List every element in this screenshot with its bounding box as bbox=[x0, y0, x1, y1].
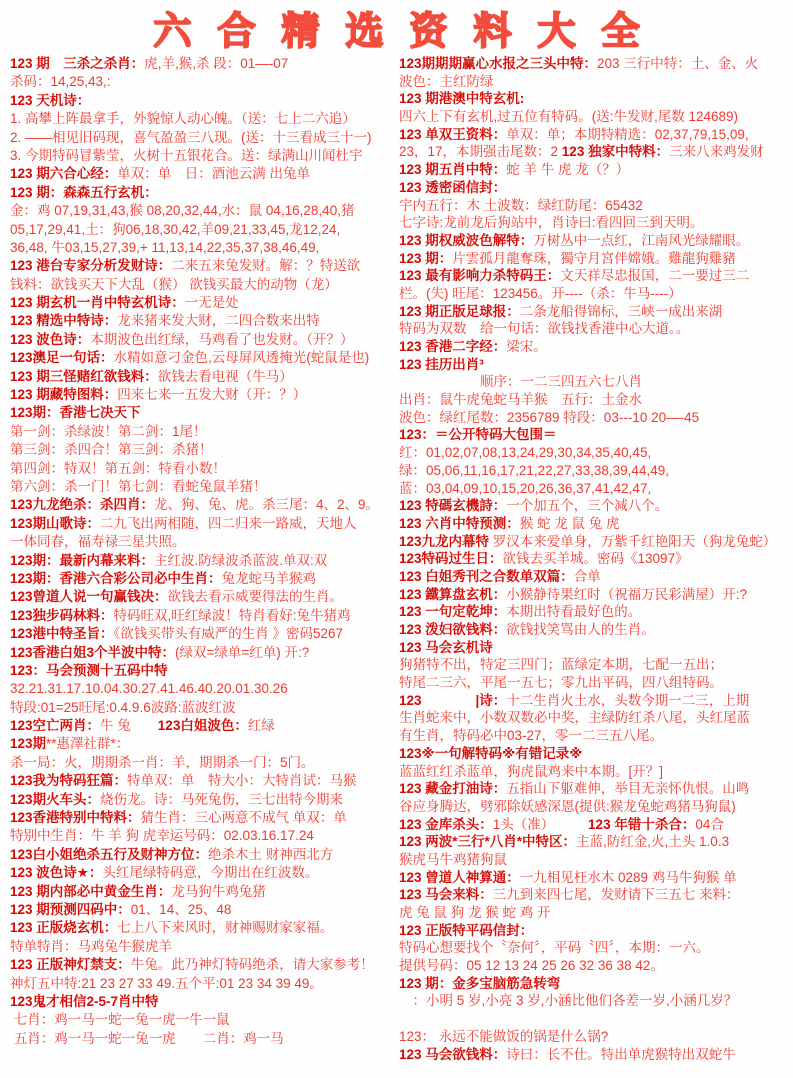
text-segment: 第四剑：特双！第五剑：特看小数！ bbox=[10, 461, 226, 476]
text-segment-bold: 123独步码林料： bbox=[10, 608, 114, 623]
page-header: 六合精选资料大全 bbox=[0, 0, 793, 54]
text-segment-bold: 123 马会玄机诗 bbox=[399, 640, 493, 655]
text-segment: 欲钱找笑骂由人的生肖。 bbox=[506, 622, 655, 637]
text-segment: 203 三行中特：土、金、火 bbox=[597, 56, 758, 71]
text-segment-bold: 123 鐵算盘玄机： bbox=[399, 587, 506, 602]
text-line: 36,48, 牛03,15,27,39,+ 11,13,14,22,35,37,… bbox=[10, 239, 396, 257]
text-segment: 栏。(失) 旺尾：123456。开----（杀：牛马----） bbox=[399, 286, 682, 301]
text-segment: 宇内五行：木 土波数：绿红防尾：65432 bbox=[399, 198, 643, 213]
text-segment: 虎,羊,猴,杀 段：01—-07 bbox=[144, 56, 288, 71]
text-line: 123 期藏特图料：四来七来一五发大财（开：？） bbox=[10, 386, 396, 404]
text-line: 123 两波*三行*八肖*中特区：主蓝,防红金,火,土头 1.0.3 bbox=[399, 833, 791, 851]
text-segment-bold: 123 马会来料： bbox=[399, 887, 493, 902]
text-line: 红：01,02,07,08,13,24,29,30,34,35,40,45, bbox=[399, 444, 791, 462]
text-segment: 二来五来兔发财。解：？特送欲 bbox=[171, 258, 360, 273]
text-segment: 欲钱去看电视（牛马） bbox=[158, 369, 293, 384]
text-line: 123期：香港七决天下 bbox=[10, 404, 396, 422]
text-line: 123 波色诗★：头红尾绿特码意，今期出在红波数。 bbox=[10, 864, 396, 882]
text-line: 123期期期赢心水报之三头中特：203 三行中特：土、金、火 bbox=[399, 55, 791, 73]
text-line: 123 期正版足球报：二条龙船得锦标，三峡一成出来湖 bbox=[399, 303, 791, 321]
text-line: 七肖：鸡一马一蛇一兔一虎一牛一鼠 bbox=[10, 1011, 396, 1029]
text-line: 特别中生肖：牛 羊 狗 虎幸运号码：02.03.16.17.24 bbox=[10, 827, 396, 845]
text-segment: 波色：绿红尾数：2356789 特段：03---10 20—-45 bbox=[399, 410, 699, 425]
text-segment: 猴虎马牛鸡猪狗鼠 bbox=[399, 852, 507, 867]
text-segment: 01、14、25、48 bbox=[131, 902, 232, 917]
text-segment-bold: 123香港特别中特料： bbox=[10, 810, 141, 825]
text-segment: 猜生肖：三心两意不成气 单双：单 bbox=[141, 810, 347, 825]
text-segment: 合单 bbox=[574, 569, 601, 584]
text-segment: 虎 兔 鼠 狗 龙 猴 蛇 鸡 开 bbox=[399, 905, 551, 920]
text-segment-bold: 123 金库杀头： bbox=[399, 817, 493, 832]
text-line: 123 期：森森五行玄机： bbox=[10, 184, 396, 202]
text-line: 123 期玄机一肖中特玄机诗：一无是处 bbox=[10, 294, 396, 312]
text-segment: 32.21.31.17.10.04.30.27.41.46.40.20.01.3… bbox=[10, 681, 288, 696]
text-segment-bold: 123 期藏特图料： bbox=[10, 387, 117, 402]
text-segment: 《欲钱买带头有威严的生肖 》密码5267 bbox=[114, 626, 344, 641]
text-segment: 欲钱去买羊城。密码《13097》 bbox=[503, 551, 689, 566]
text-segment-bold: 123 香港二字经： bbox=[399, 339, 506, 354]
text-segment: 绝杀木土 财神西北方 bbox=[208, 847, 333, 862]
text-segment-bold: 123白小姐绝杀五行及财神方位： bbox=[10, 847, 208, 862]
text-segment-bold: 123期：最新内幕来料： bbox=[10, 553, 154, 568]
text-line: 123 曾道人神算通：一九相见枉水木 0289 鸡马牛狗猴 单 bbox=[399, 869, 791, 887]
text-line: 谷应身腾达，劈邪除妖感深恩(提供:猴龙兔蛇鸡猪马狗鼠) bbox=[399, 798, 791, 816]
text-line: 123期山歌诗：二九飞出两相随，四二归来一路威，天地人 bbox=[10, 515, 396, 533]
text-line: 123 期 三杀之杀肖：虎,羊,猴,杀 段：01—-07 bbox=[10, 55, 396, 73]
text-line: 123空亡两肖：牛 兔 123白姐波色：红绿 bbox=[10, 717, 396, 735]
text-segment: 一无是处 bbox=[185, 295, 239, 310]
text-segment-bold: 123 期玄机一肖中特玄机诗： bbox=[10, 295, 185, 310]
text-segment: 小猴静待果红时（祝福万民彩满屋）开:? bbox=[506, 587, 747, 602]
text-segment: 龙来猪来发大财，二四合数来出特 bbox=[117, 313, 320, 328]
text-segment: 欲钱去看示威要得法的生肖。 bbox=[168, 589, 344, 604]
text-line: 123白小姐绝杀五行及财神方位：绝杀木土 财神西北方 bbox=[10, 846, 396, 864]
text-line bbox=[399, 1010, 791, 1028]
text-line: 123 透密函信封： bbox=[399, 179, 791, 197]
text-segment-bold: 123 正版特平码信封： bbox=[399, 923, 533, 938]
text-segment-bold: 123 六肖中特预测： bbox=[399, 516, 520, 531]
text-line: 123九龙绝杀：杀四肖：龙、狗、兔、虎。杀三尾：4、2、9。 bbox=[10, 496, 396, 514]
text-line: 生肖蛇来中，小数双数必中奖，主绿防红杀八尾，头红尾蓝 bbox=[399, 709, 791, 727]
text-line: 123 一句定乾坤：本期出特看最好色的。 bbox=[399, 603, 791, 621]
text-segment: 一个加五个，三个减八个。 bbox=[506, 498, 668, 513]
text-line: 123港中特圣旨：《欲钱买带头有威严的生肖 》密码5267 bbox=[10, 625, 396, 643]
text-segment: 特码为双数 给一句话：欲钱找香港中心大道。。 bbox=[399, 321, 689, 336]
text-segment-bold: 123 期港澳中特玄机: bbox=[399, 91, 524, 106]
text-line: 123特码过生日：欲钱去买羊城。密码《13097》 bbox=[399, 550, 791, 568]
text-line: 123独步码林料：特码旺双,旺红绿波！特肖看好:兔牛猪鸡 bbox=[10, 607, 396, 625]
text-segment-bold: 123 期五肖中特： bbox=[399, 162, 506, 177]
text-line: 狗猪特不出，特定三四门；蓝绿定本期，七配一五出； bbox=[399, 656, 791, 674]
page-title: 六合精选资料大全 bbox=[127, 0, 665, 55]
text-line: 123 白姐秀刊之合数单双篇：合单 bbox=[399, 568, 791, 586]
text-segment: 狗猪特不出，特定三四门；蓝绿定本期，七配一五出； bbox=[399, 657, 723, 672]
text-segment: 四来七来一五发大财（开：？） bbox=[117, 387, 306, 402]
text-segment-bold: 123 期内部必中黄金生肖： bbox=[10, 884, 171, 899]
text-segment: 罗汉本来爱单身，万紫千红艳阳天（狗龙兔蛇） bbox=[489, 534, 776, 549]
text-segment-bold: 123特码过生日： bbox=[399, 551, 503, 566]
text-segment-bold: 123 期权威波色解特： bbox=[399, 233, 533, 248]
text-line: 123 马会来料：三九到来四七尾，发财请下三五七 来料： bbox=[399, 886, 791, 904]
text-line: 123期火车头：烧伤龙。诗：马死兔伤，三七出特今期来 bbox=[10, 791, 396, 809]
text-line: 神灯五中特:21 23 27 33 49.五个平:01 23 34 39 49。 bbox=[10, 975, 396, 993]
text-line: 123 最有影响力杀特码王：文天祥尽忠报国，二一要过三二 bbox=[399, 267, 791, 285]
text-segment: 二条龙船得锦标，三峡一成出来湖 bbox=[520, 304, 723, 319]
text-segment-bold: 123 天机诗： bbox=[10, 93, 90, 108]
text-segment: 36,48, 牛03,15,27,39,+ 11,13,14,22,35,37,… bbox=[10, 240, 319, 255]
text-segment: 红绿 bbox=[248, 718, 275, 733]
text-line: 123 鐵算盘玄机：小猴静待果红时（祝福万民彩满屋）开:? bbox=[399, 586, 791, 604]
text-segment-bold: 123 期：森森五行玄机： bbox=[10, 185, 158, 200]
text-line: 123 正版烧玄机：七上八下来风时，财神赐财家家福。 bbox=[10, 919, 396, 937]
text-segment: 一九相见枉水木 0289 鸡马牛狗猴 单 bbox=[520, 870, 737, 885]
text-line: 123 期六合心经：单双：单 日：酒池云满 出兔单 bbox=[10, 165, 396, 183]
text-segment: 猴 蛇 龙 鼠 兔 虎 bbox=[520, 516, 620, 531]
text-segment: 头红尾绿特码意，今期出在红波数。 bbox=[102, 865, 318, 880]
text-segment-bold: 123白姐波色： bbox=[158, 718, 248, 733]
text-segment-bold: 123：马会预测十五码中特 bbox=[10, 663, 168, 678]
text-segment: 红：01,02,07,08,13,24,29,30,34,35,40,45, bbox=[399, 445, 651, 460]
text-line: 特码心想要找个〝奈何〞，平码〝四〞，本期：一六。 bbox=[399, 939, 791, 957]
text-segment: **惠澤社群*： bbox=[46, 736, 129, 751]
text-line: 第六剑：杀一门！第七剑：看蛇兔鼠羊猪！ bbox=[10, 478, 396, 496]
text-line: 有生肖，特码必中03-27，零一二三五八尾。 bbox=[399, 727, 791, 745]
text-segment-bold: 123 波色诗： bbox=[10, 332, 90, 347]
text-line: 蓝蓝红红杀蓝单，狗虎鼠鸡来中本期。[开？] bbox=[399, 763, 791, 781]
text-segment: 1. 高攀上阵最拿手，外貌惊人动心魄。（送：七上二六追） bbox=[10, 111, 356, 126]
text-segment: 特尾二三六，平尾一五七；零九出平码，四八组特码。 bbox=[399, 675, 723, 690]
text-segment-bold: 123 曾道人神算通： bbox=[399, 870, 520, 885]
text-line: 123 期三怪赌红欲钱料：欲钱去看电视（牛马） bbox=[10, 368, 396, 386]
text-line: 七字诗:龙前龙后狗站中，肖诗曰:看四回三到天明。 bbox=[399, 214, 791, 232]
text-segment: 第六剑：杀一门！第七剑：看蛇兔鼠羊猪！ bbox=[10, 479, 267, 494]
text-line: 栏。(失) 旺尾：123456。开----（杀：牛马----） bbox=[399, 285, 791, 303]
text-line: 23，17，本期强击尾数：2 123 独家中特料：三来八来鸡发财 bbox=[399, 143, 791, 161]
text-segment-bold: 123 独家中特料： bbox=[562, 144, 669, 159]
text-line: 123 特碼玄機詩：一个加五个，三个减八个。 bbox=[399, 497, 791, 515]
text-segment: 1头（准） bbox=[493, 817, 588, 832]
text-segment: 五指山下躯难伸，举目无亲怀仇恨。山鸣 bbox=[506, 781, 749, 796]
text-line: 波色：绿红尾数：2356789 特段：03---10 20—-45 bbox=[399, 409, 791, 427]
text-segment: 七肖：鸡一马一蛇一兔一虎一牛一鼠 bbox=[10, 1012, 230, 1027]
text-segment-bold: 123期山歌诗： bbox=[10, 516, 100, 531]
text-line: 特码为双数 给一句话：欲钱找香港中心大道。。 bbox=[399, 320, 791, 338]
text-line: 特单特肖：马鸡兔牛猴虎羊 bbox=[10, 938, 396, 956]
text-segment: 123： 永远不能做饭的锅是什么锅? bbox=[399, 1029, 608, 1044]
text-segment: 三九到来四七尾，发财请下三五七 来料： bbox=[493, 887, 740, 902]
text-segment-bold: 123 挂历出肖³ bbox=[399, 357, 484, 372]
text-line: 第四剑：特双！第五剑：特看小数！ bbox=[10, 460, 396, 478]
text-segment-bold: 123 波色诗★： bbox=[10, 865, 102, 880]
right-column: 123期期期赢心水报之三头中特：203 三行中特：土、金、火波色：主红防绿123… bbox=[399, 55, 791, 1063]
text-segment: 牛 兔 bbox=[100, 718, 158, 733]
text-line: 123九龙内幕特 罗汉本来爱单身，万紫千红艳阳天（狗龙兔蛇） bbox=[399, 533, 791, 551]
text-line: 123 期：金多宝脑筋急转弯 bbox=[399, 975, 791, 993]
text-line: 123期：香港六合彩公司必中生肖：兔龙蛇马羊猴鸡 bbox=[10, 570, 396, 588]
left-column: 123 期 三杀之杀肖：虎,羊,猴,杀 段：01—-07杀码：14,25,43,… bbox=[10, 55, 396, 1048]
text-segment-bold: 123香港白姐3个半波中特： bbox=[10, 645, 175, 660]
text-segment: 十二生肖火土水，头数今期一二三，上期 bbox=[506, 693, 749, 708]
text-segment-bold: 123鬼才相信2-5-7肖中特 bbox=[10, 994, 159, 1009]
text-segment-bold: 123 期正版足球报： bbox=[399, 304, 520, 319]
text-segment: 万树丛中一点红，江南风光绿耀眼。 bbox=[533, 233, 749, 248]
text-segment: 三来八来鸡发财 bbox=[669, 144, 764, 159]
text-line: 虎 兔 鼠 狗 龙 猴 蛇 鸡 开 bbox=[399, 904, 791, 922]
text-line: 四六上下有玄机,过五位有特码。(送:牛发财,尾数 124689) bbox=[399, 108, 791, 126]
text-line: 123 天机诗： bbox=[10, 92, 396, 110]
text-line: 123 波色诗：本期波色出红绿，马鸡看了也发财。（开？） bbox=[10, 331, 396, 349]
text-line: 特段:01=25旺尾:0.4.9.6波路:蓝波红波 bbox=[10, 699, 396, 717]
text-segment-bold: 123 马会欲钱料： bbox=[399, 1047, 506, 1062]
text-line: 杀一局：火，期期杀一肖：羊，期期杀一门：5门。 bbox=[10, 754, 396, 772]
text-segment: 第三剑：杀四合！第三剑：杀猪！ bbox=[10, 442, 213, 457]
text-segment-bold: 123 期： bbox=[399, 251, 452, 266]
text-segment: 本期出特看最好色的。 bbox=[506, 604, 641, 619]
text-line: 123澳足一句话：水精如意刁金色,云母屏风透掩光(蛇鼠是也) bbox=[10, 349, 396, 367]
text-segment: 龙、狗、兔、虎。杀三尾：4、2、9。 bbox=[154, 497, 379, 512]
text-segment: 主红波.防绿波杀蓝波.单双:双 bbox=[154, 553, 327, 568]
text-line: 蓝：03,04,09,10,15,20,26,36,37,41,42,47, bbox=[399, 480, 791, 498]
text-segment-bold: 123 正版神灯禁支： bbox=[10, 957, 131, 972]
text-line: 宇内五行：木 土波数：绿红防尾：65432 bbox=[399, 197, 791, 215]
text-segment: 波色：主红防绿 bbox=[399, 74, 494, 89]
text-line: 123 期预测四码中：01、14、25、48 bbox=[10, 901, 396, 919]
text-segment: 四六上下有玄机,过五位有特码。(送:牛发财,尾数 124689) bbox=[399, 109, 738, 124]
text-segment-bold: 123曾道人说一句赢钱决： bbox=[10, 589, 168, 604]
text-segment: 特段:01=25旺尾:0.4.9.6波路:蓝波红波 bbox=[10, 700, 235, 715]
text-segment-bold: 123 期：金多宝脑筋急转弯 bbox=[399, 976, 560, 991]
text-segment: 有生肖，特码必中03-27，零一二三五八尾。 bbox=[399, 728, 663, 743]
text-line: 123鬼才相信2-5-7肖中特 bbox=[10, 993, 396, 1011]
text-segment: 钱料：欲钱买天下大乱（猴） 欲钱买最大的动物（龙） bbox=[10, 277, 338, 292]
text-line: 一体同春，福寿禄三星共照。 bbox=[10, 533, 396, 551]
text-segment-bold: 123：＝公开特码大包围＝ bbox=[399, 427, 557, 442]
text-segment-bold: 123 期三怪赌红欲钱料： bbox=[10, 369, 158, 384]
text-segment bbox=[422, 693, 476, 708]
text-line: 3. 今期特码冒紫莹，火树十五银花合。送：绿满山川闻杜宇 bbox=[10, 147, 396, 165]
text-segment: 第一剑：杀绿波！第二剑：1尾！ bbox=[10, 424, 207, 439]
text-line: 123曾道人说一句赢钱决：欲钱去看示威要得法的生肖。 bbox=[10, 588, 396, 606]
text-segment-bold: 123九龙内幕特 bbox=[399, 534, 489, 549]
text-line: 123※一句解特码※有错记录※ bbox=[399, 745, 791, 763]
text-segment: 单双：单；本期特精选：02,37,79,15,09, bbox=[506, 127, 748, 142]
text-segment-bold: 123九龙绝杀：杀四肖： bbox=[10, 497, 154, 512]
text-segment: 片雲孤月龍奪珠，獨守月宮伴嫦娥。雞龍狗雞豬 bbox=[452, 251, 736, 266]
text-line: 32.21.31.17.10.04.30.27.41.46.40.20.01.3… bbox=[10, 680, 396, 698]
text-segment-bold: 123期：香港七决天下 bbox=[10, 405, 141, 420]
text-segment-bold: 123期 bbox=[10, 736, 46, 751]
text-line: 123期**惠澤社群*： bbox=[10, 735, 396, 753]
text-segment: 特别中生肖：牛 羊 狗 虎幸运号码：02.03.16.17.24 bbox=[10, 828, 314, 843]
text-line: 123 挂历出肖³ bbox=[399, 356, 791, 374]
text-segment: 杀码：14,25,43,: bbox=[10, 74, 111, 89]
text-segment: ：小明 5 岁,小亮 3 岁,小涵比他们各差一岁,小涵几岁？ bbox=[399, 993, 737, 1008]
text-line: 猴虎马牛鸡猪狗鼠 bbox=[399, 851, 791, 869]
text-segment: 诗曰：长不仕。特出单虎猴特出双蛇牛 bbox=[506, 1047, 736, 1062]
text-segment: (绿双=绿单=红单) 开:? bbox=[175, 645, 309, 660]
text-segment: 特码心想要找个〝奈何〞，平码〝四〞，本期：一六。 bbox=[399, 940, 710, 955]
text-segment-bold: 123期火车头： bbox=[10, 792, 100, 807]
text-line: 123 单双王资料：单双：单；本期特精选：02,37,79,15,09, bbox=[399, 126, 791, 144]
text-segment: 杀一局：火，期期杀一肖：羊，期期杀一门：5门。 bbox=[10, 755, 315, 770]
text-segment-bold: 123 精选中特诗： bbox=[10, 313, 117, 328]
text-segment-bold: 123澳足一句话： bbox=[10, 350, 114, 365]
text-segment: 生肖蛇来中，小数双数必中奖，主绿防红杀八尾，头红尾蓝 bbox=[399, 710, 750, 725]
text-segment-bold: 123 期 bbox=[10, 56, 63, 71]
text-segment-bold: 123 单双王资料： bbox=[399, 127, 506, 142]
text-line: 123 金库杀头：1头（准） 123 年错十杀合：04合 bbox=[399, 816, 791, 834]
text-segment: 兔龙蛇马羊猴鸡 bbox=[222, 571, 317, 586]
text-segment-bold: 123 白姐秀刊之合数单双篇： bbox=[399, 569, 574, 584]
text-segment-bold: 123空亡两肖： bbox=[10, 718, 100, 733]
text-segment: 特单特肖：马鸡兔牛猴虎羊 bbox=[10, 939, 172, 954]
text-segment-bold: 123※一句解特码※有错记录※ bbox=[399, 746, 582, 761]
text-segment: 出肖：鼠牛虎兔蛇马羊猴 五行：土金水 bbox=[399, 392, 642, 407]
text-line: 五肖：鸡一马一蛇一兔一虎 二肖：鸡一马 bbox=[10, 1030, 396, 1048]
text-segment: 本期波色出红绿，马鸡看了也发财。（开？） bbox=[90, 332, 353, 347]
text-line: 123 期：片雲孤月龍奪珠，獨守月宮伴嫦娥。雞龍狗雞豬 bbox=[399, 250, 791, 268]
text-segment: 烧伤龙。诗：马死兔伤，三七出特今期来 bbox=[100, 792, 343, 807]
text-line: 123 精选中特诗：龙来猪来发大财，二四合数来出特 bbox=[10, 312, 396, 330]
text-segment: 神灯五中特:21 23 27 33 49.五个平:01 23 34 39 49。 bbox=[10, 976, 323, 991]
text-segment: 提供号码：05 12 13 24 25 26 32 36 38 42。 bbox=[399, 958, 664, 973]
text-line: 123 香港二字经：梁宋。 bbox=[399, 338, 791, 356]
text-line: 123我为特码狂篇：特单双：单 特大小：大特肖试：马猴 bbox=[10, 772, 396, 790]
text-segment: 3. 今期特码冒紫莹，火树十五银花合。送：绿满山川闻杜宇 bbox=[10, 148, 363, 163]
text-line: 123：＝公开特码大包围＝ bbox=[399, 426, 791, 444]
text-segment: 龙马狗牛鸡兔猪 bbox=[171, 884, 266, 899]
text-line: 123 期港澳中特玄机: bbox=[399, 90, 791, 108]
text-segment-bold: 123 期预测四码中： bbox=[10, 902, 131, 917]
text-line: 123 正版特平码信封： bbox=[399, 922, 791, 940]
text-segment-bold: 123期：香港六合彩公司必中生肖： bbox=[10, 571, 222, 586]
text-line: 123 期内部必中黄金生肖：龙马狗牛鸡兔猪 bbox=[10, 883, 396, 901]
text-line: 123：马会预测十五码中特 bbox=[10, 662, 396, 680]
text-segment-bold: 123 正版烧玄机： bbox=[10, 920, 117, 935]
text-segment: 金：鸡 07,19,31,43,猴 08,20,32,44,水：鼠 04,16,… bbox=[10, 203, 354, 218]
text-line: 05,17,29,41,土：狗06,18,30,42,羊09,21,33,45,… bbox=[10, 221, 396, 239]
text-segment: 一体同春，福寿禄三星共照。 bbox=[10, 534, 186, 549]
text-segment: 梁宋。 bbox=[506, 339, 547, 354]
text-line: 123： 永远不能做饭的锅是什么锅? bbox=[399, 1028, 791, 1046]
text-segment: 七上八下来风时，财神赐财家家福。 bbox=[117, 920, 333, 935]
text-segment: 单双：单 日：酒池云满 出兔单 bbox=[117, 166, 310, 181]
text-segment: 蛇 羊 牛 虎 龙（？） bbox=[506, 162, 629, 177]
text-segment: 特码旺双,旺红绿波！特肖看好:兔牛猪鸡 bbox=[114, 608, 351, 623]
text-segment-bold: 123 特碼玄機詩： bbox=[399, 498, 506, 513]
text-line: 123 期五肖中特：蛇 羊 牛 虎 龙（？） bbox=[399, 161, 791, 179]
text-segment: 七字诗:龙前龙后狗站中，肖诗曰:看四回三到天明。 bbox=[399, 215, 704, 230]
text-segment: 二九飞出两相随，四二归来一路威，天地人 bbox=[100, 516, 357, 531]
text-segment: 牛兔。此乃神灯特码绝杀，请大家参考！ bbox=[131, 957, 374, 972]
text-line: 第一剑：杀绿波！第二剑：1尾！ bbox=[10, 423, 396, 441]
text-line: 顺序：一二三四五六七八肖 bbox=[399, 373, 791, 391]
text-line: 第三剑：杀四合！第三剑：杀猪！ bbox=[10, 441, 396, 459]
text-segment-bold: 123 期六合心经： bbox=[10, 166, 117, 181]
text-segment: 2. ——相见旧码现，喜气盈盈三八现。(送：十三看成三十一) bbox=[10, 130, 372, 145]
text-segment: 文天祥尽忠报国，二一要过三二 bbox=[560, 268, 749, 283]
text-segment: 主蓝,防红金,火,土头 1.0.3 bbox=[576, 834, 729, 849]
text-segment-bold: 123 一句定乾坤： bbox=[399, 604, 506, 619]
text-line: 特尾二三六，平尾一五七；零九出平码，四八组特码。 bbox=[399, 674, 791, 692]
text-segment: 水精如意刁金色,云母屏风透掩光(蛇鼠是也) bbox=[114, 350, 370, 365]
text-segment: 顺序：一二三四五六七八肖 bbox=[399, 374, 642, 389]
text-segment-bold: 123 年错十杀合： bbox=[588, 817, 695, 832]
text-segment-bold: 123港中特圣旨： bbox=[10, 626, 114, 641]
text-line: 波色：主红防绿 bbox=[399, 73, 791, 91]
text-segment-bold: 123我为特码狂篇： bbox=[10, 773, 127, 788]
text-segment-bold: 123 两波*三行*八肖*中特区： bbox=[399, 834, 576, 849]
text-line: 提供号码：05 12 13 24 25 26 32 36 38 42。 bbox=[399, 957, 791, 975]
text-segment: 蓝蓝红红杀蓝单，狗虎鼠鸡来中本期。[开？] bbox=[399, 764, 663, 779]
text-segment-bold: 123 泼妇欲钱料： bbox=[399, 622, 506, 637]
text-segment: 蓝：03,04,09,10,15,20,26,36,37,41,42,47, bbox=[399, 481, 651, 496]
text-line: 123 六肖中特预测：猴 蛇 龙 鼠 兔 虎 bbox=[399, 515, 791, 533]
text-segment: 五肖：鸡一马一蛇一兔一虎 二肖：鸡一马 bbox=[10, 1031, 284, 1046]
text-segment: 04合 bbox=[695, 817, 724, 832]
text-line: 绿：05,06,11,16,17,21,22,27,33,38,39,44,49… bbox=[399, 462, 791, 480]
text-line: 出肖：鼠牛虎兔蛇马羊猴 五行：土金水 bbox=[399, 391, 791, 409]
text-segment-bold: 123 港台专家分析发财诗： bbox=[10, 258, 171, 273]
text-segment-bold: 三杀之杀肖： bbox=[63, 56, 144, 71]
text-segment-bold: 123期期期赢心水报之三头中特： bbox=[399, 56, 597, 71]
text-segment: 特单双：单 特大小：大特肖试：马猴 bbox=[127, 773, 357, 788]
text-segment-bold: |诗： bbox=[476, 693, 507, 708]
text-segment: 谷应身腾达，劈邪除妖感深恩(提供:猴龙兔蛇鸡猪马狗鼠) bbox=[399, 799, 736, 814]
text-line: 123香港特别中特料：猜生肖：三心两意不成气 单双：单 bbox=[10, 809, 396, 827]
text-line: 123 港台专家分析发财诗：二来五来兔发财。解：？特送欲 bbox=[10, 257, 396, 275]
text-segment-bold: 123 透密函信封： bbox=[399, 180, 506, 195]
text-line: 2. ——相见旧码现，喜气盈盈三八现。(送：十三看成三十一) bbox=[10, 129, 396, 147]
text-line: 123 期权威波色解特：万树丛中一点红，江南风光绿耀眼。 bbox=[399, 232, 791, 250]
text-line: 123 马会玄机诗 bbox=[399, 639, 791, 657]
text-segment-bold: 123 最有影响力杀特码王： bbox=[399, 268, 560, 283]
text-line: 123香港白姐3个半波中特：(绿双=绿单=红单) 开:? bbox=[10, 644, 396, 662]
text-line: 123 |诗：十二生肖火土水，头数今期一二三，上期 bbox=[399, 692, 791, 710]
text-segment: 05,17,29,41,土：狗06,18,30,42,羊09,21,33,45,… bbox=[10, 222, 340, 237]
text-line: 1. 高攀上阵最拿手，外貌惊人动心魄。（送：七上二六追） bbox=[10, 110, 396, 128]
text-line: 钱料：欲钱买天下大乱（猴） 欲钱买最大的动物（龙） bbox=[10, 276, 396, 294]
text-segment-bold: 123 藏金打油诗： bbox=[399, 781, 506, 796]
text-segment: 绿：05,06,11,16,17,21,22,27,33,38,39,44,49… bbox=[399, 463, 669, 478]
text-line: 123期：最新内幕来料：主红波.防绿波杀蓝波.单双:双 bbox=[10, 552, 396, 570]
text-line: 金：鸡 07,19,31,43,猴 08,20,32,44,水：鼠 04,16,… bbox=[10, 202, 396, 220]
text-line: 123 马会欲钱料：诗曰：长不仕。特出单虎猴特出双蛇牛 bbox=[399, 1046, 791, 1064]
text-segment: 23，17，本期强击尾数：2 bbox=[399, 144, 562, 159]
lottery-info-page: 六合精选资料大全 123 期 三杀之杀肖：虎,羊,猴,杀 段：01—-07杀码：… bbox=[0, 0, 793, 1078]
text-line: 123 泼妇欲钱料：欲钱找笑骂由人的生肖。 bbox=[399, 621, 791, 639]
text-line: ：小明 5 岁,小亮 3 岁,小涵比他们各差一岁,小涵几岁？ bbox=[399, 992, 791, 1010]
text-line: 123 藏金打油诗：五指山下躯难伸，举目无亲怀仇恨。山鸣 bbox=[399, 780, 791, 798]
text-line: 杀码：14,25,43,: bbox=[10, 73, 396, 91]
text-segment-bold: 123 bbox=[399, 693, 422, 708]
text-line: 123 正版神灯禁支：牛兔。此乃神灯特码绝杀，请大家参考！ bbox=[10, 956, 396, 974]
